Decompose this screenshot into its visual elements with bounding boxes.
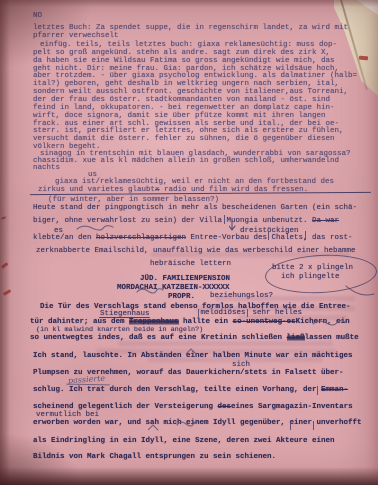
typed-line: ital?) geboren, geht deshalb in weltkrie… xyxy=(33,80,339,88)
typed-text: zirkus und varietes glaubt xyxy=(38,186,155,194)
typed-line: Stiegenhaus xyxy=(100,310,150,318)
struck-text: so-unentweg-es xyxy=(233,318,296,326)
typewritten-text-layer: NOletztes Buch: Za spendet suppe, die in… xyxy=(0,0,378,485)
bleedthrough-smudge xyxy=(150,252,350,257)
typed-line: scheinend gelegentlich der Versteigerung… xyxy=(33,403,353,411)
typed-line: einfüg. teils, teils letztes buch: giaxa… xyxy=(40,41,337,49)
edge-shadow xyxy=(0,0,378,485)
typed-line: giaxa ist/reklamesüchtig, weil er nicht … xyxy=(55,178,334,186)
down-arrow-icon xyxy=(229,219,237,234)
struck-text: melodiöses xyxy=(198,309,248,317)
typed-text: Kichern, ein xyxy=(296,318,350,326)
handwritten-scribble xyxy=(312,319,346,328)
typed-line: geht nicht. Dir: meine frau. Gia: pardon… xyxy=(33,65,339,73)
typed-line: Heute stand der pingpongtisch in mehr al… xyxy=(33,204,357,212)
handwritten-scribble xyxy=(76,224,114,233)
typed-line: Die Tür des Verschlags stand ebenso form… xyxy=(40,303,351,311)
struck-text: x xyxy=(155,186,160,194)
struck-text: ließ xyxy=(287,334,305,342)
typed-line: chassidim. xue als kl mädchen allein in … xyxy=(33,157,339,165)
typed-line: frack. aus einer art schl. gewissen als … xyxy=(33,120,339,128)
caret-mark xyxy=(186,348,197,355)
underline-mark xyxy=(99,317,150,318)
typed-line: letztes Buch: Za spendet suppe, die in r… xyxy=(33,24,348,32)
typed-line: da haben sie eine Wildsau Fatima so gros… xyxy=(33,57,335,65)
typed-line: melodiöses sehr helles xyxy=(198,309,302,317)
typed-text: sehr helles xyxy=(248,309,302,317)
typed-line: pelt so groß angekünd. stehn als andre. … xyxy=(33,49,330,57)
scan-vignette xyxy=(0,0,378,485)
typed-line: (für winter, aber in sommer belassen?) xyxy=(48,196,219,204)
struck-text: Treppenhaus xyxy=(129,318,179,326)
typed-text: scheinend gelegentlich der Versteigerung xyxy=(33,403,218,411)
struck-text: des xyxy=(218,403,232,411)
bleedthrough-smudge xyxy=(148,357,323,362)
pencil-underline xyxy=(66,384,110,386)
bleedthrough-smudge xyxy=(118,341,333,346)
typed-text: biger, ohne verwahrlost zu sein) der Vil… xyxy=(33,217,312,225)
typed-text: tür dahinter; aus dem xyxy=(30,318,129,326)
typed-line: nachts xyxy=(33,164,60,172)
corner-shadow xyxy=(0,0,378,485)
typed-line: schlug. Ich trat durch den Verschlag, te… xyxy=(33,386,348,394)
typed-line: zirkus und varietes glaubtx radio und fi… xyxy=(38,186,308,194)
typed-line: klebte/an den holzverschlagartigen Entre… xyxy=(33,234,353,242)
circle-tail-mark xyxy=(344,284,376,298)
insertion-stroke xyxy=(290,421,291,430)
struck-text: holzverschlagartigen xyxy=(96,234,186,242)
typed-text: hallte ein xyxy=(179,318,233,326)
typed-line: sinagog in trentschin mit blauen glasdac… xyxy=(40,150,351,158)
red-margin-mark xyxy=(3,289,11,295)
paper-texture xyxy=(0,0,378,485)
insertion-stroke xyxy=(224,215,225,224)
typed-line: sondern weilt ausschl ostfront. geschich… xyxy=(33,88,348,96)
typed-line: sich xyxy=(232,361,250,369)
underline-mark xyxy=(30,192,371,196)
typed-line: bitte 2 x plingeln xyxy=(272,264,353,272)
typed-text: eines Sargmagazin-Inventars xyxy=(231,403,353,411)
insertion-stroke xyxy=(268,231,269,240)
typed-line: aber trotzdem. - über giaxa psycholog en… xyxy=(33,72,357,80)
typed-line: us xyxy=(88,171,97,179)
typed-line: beziehungslos? xyxy=(210,292,273,300)
typed-line: zerknabberte Emailschild, unauffällig wi… xyxy=(36,247,356,255)
typed-text: schlug. Ich trat durch den Verschlag, te… xyxy=(33,386,321,394)
typed-line: hebräische lettern xyxy=(150,260,231,268)
insertion-stroke xyxy=(313,421,314,430)
typed-line: feind in land, okkupatoren. - bei regenw… xyxy=(33,104,335,112)
red-margin-mark xyxy=(1,216,6,220)
typed-line: versucht damit die österr. fehler zu süh… xyxy=(33,135,335,143)
typed-line: MORDACHAI KATZBEIN-XXXXXX xyxy=(117,284,230,292)
bleedthrough-smudge xyxy=(96,349,336,354)
annotation-marks-layer xyxy=(0,0,378,485)
typed-line: so unentwegtes indes, daß es auf eine Kr… xyxy=(30,334,359,342)
caret-mark xyxy=(148,424,159,431)
typed-line: NO xyxy=(33,12,42,20)
typed-line: der der frau des österr. stadtkommandant… xyxy=(33,96,330,104)
typed-line: pfarrer verwechselt xyxy=(33,32,119,40)
struck-text: Emman- xyxy=(321,386,348,394)
typed-text: Entree-Vorbau des Chalets, das rost- xyxy=(186,234,353,242)
bleedthrough-smudge xyxy=(195,306,355,311)
typed-line: vermutlich bei xyxy=(36,411,99,419)
insertion-stroke xyxy=(305,231,306,240)
edge-shadow xyxy=(0,0,378,485)
typed-line: PROPR. xyxy=(168,293,195,301)
handwritten-note: passierte xyxy=(68,375,106,386)
typed-line: es xyxy=(54,227,63,235)
typed-line: biger, ohne verwahrlost zu sein) der Vil… xyxy=(33,217,339,225)
typed-line: dreistöckigen xyxy=(240,227,299,235)
typed-line: ich plingelte xyxy=(281,273,340,281)
handwritten-scribble xyxy=(136,287,164,296)
struck-text: Da war xyxy=(312,217,339,225)
typed-line: völkern begeht. xyxy=(33,143,101,151)
bleedthrough-layer xyxy=(0,0,378,485)
typed-line: erworben worden war, und sah mich einem … xyxy=(33,419,362,427)
typed-text: klebte/an den xyxy=(33,234,96,242)
red-margin-mark xyxy=(1,262,8,268)
typed-line: Bildnis von Mark Chagall entsprungen zu … xyxy=(33,453,276,461)
bleedthrough-smudge xyxy=(238,315,348,320)
typed-line: tür dahinter; aus dem Treppenhaus hallte… xyxy=(30,318,350,326)
typed-line: wirft, doce signora, damit sie über pfüt… xyxy=(33,112,326,120)
bleedthrough-smudge xyxy=(215,296,355,301)
typed-line: sterr. ist, persifliert er letztres, ohn… xyxy=(33,127,344,135)
insertion-stroke xyxy=(317,386,318,395)
scanned-manuscript-page: NOletztes Buch: Za spendet suppe, die in… xyxy=(0,0,378,485)
corner-shadow xyxy=(0,0,378,485)
handwritten-scribble xyxy=(176,420,200,429)
typed-line: als Eindringling in ein Idyll, eine Szen… xyxy=(33,437,335,445)
bottom-shadow xyxy=(0,467,378,485)
typed-line: Ich stand, lauschte. In Abständen einer … xyxy=(33,352,353,360)
typed-text: so unentwegtes indes, daß es auf eine Kr… xyxy=(30,334,287,342)
circle-mark xyxy=(264,252,378,296)
typed-line: JÜD. FAMILIENPENSION xyxy=(140,275,230,283)
typed-line: (in kl malwind knarrten beide in angeln?… xyxy=(36,326,203,334)
typed-text: lassen mußte xyxy=(305,334,359,342)
typed-line: Plumpsen zu vernehmen, worauf das Dauerk… xyxy=(33,369,344,377)
typed-text: radio und film wird das fressen. xyxy=(160,186,309,194)
